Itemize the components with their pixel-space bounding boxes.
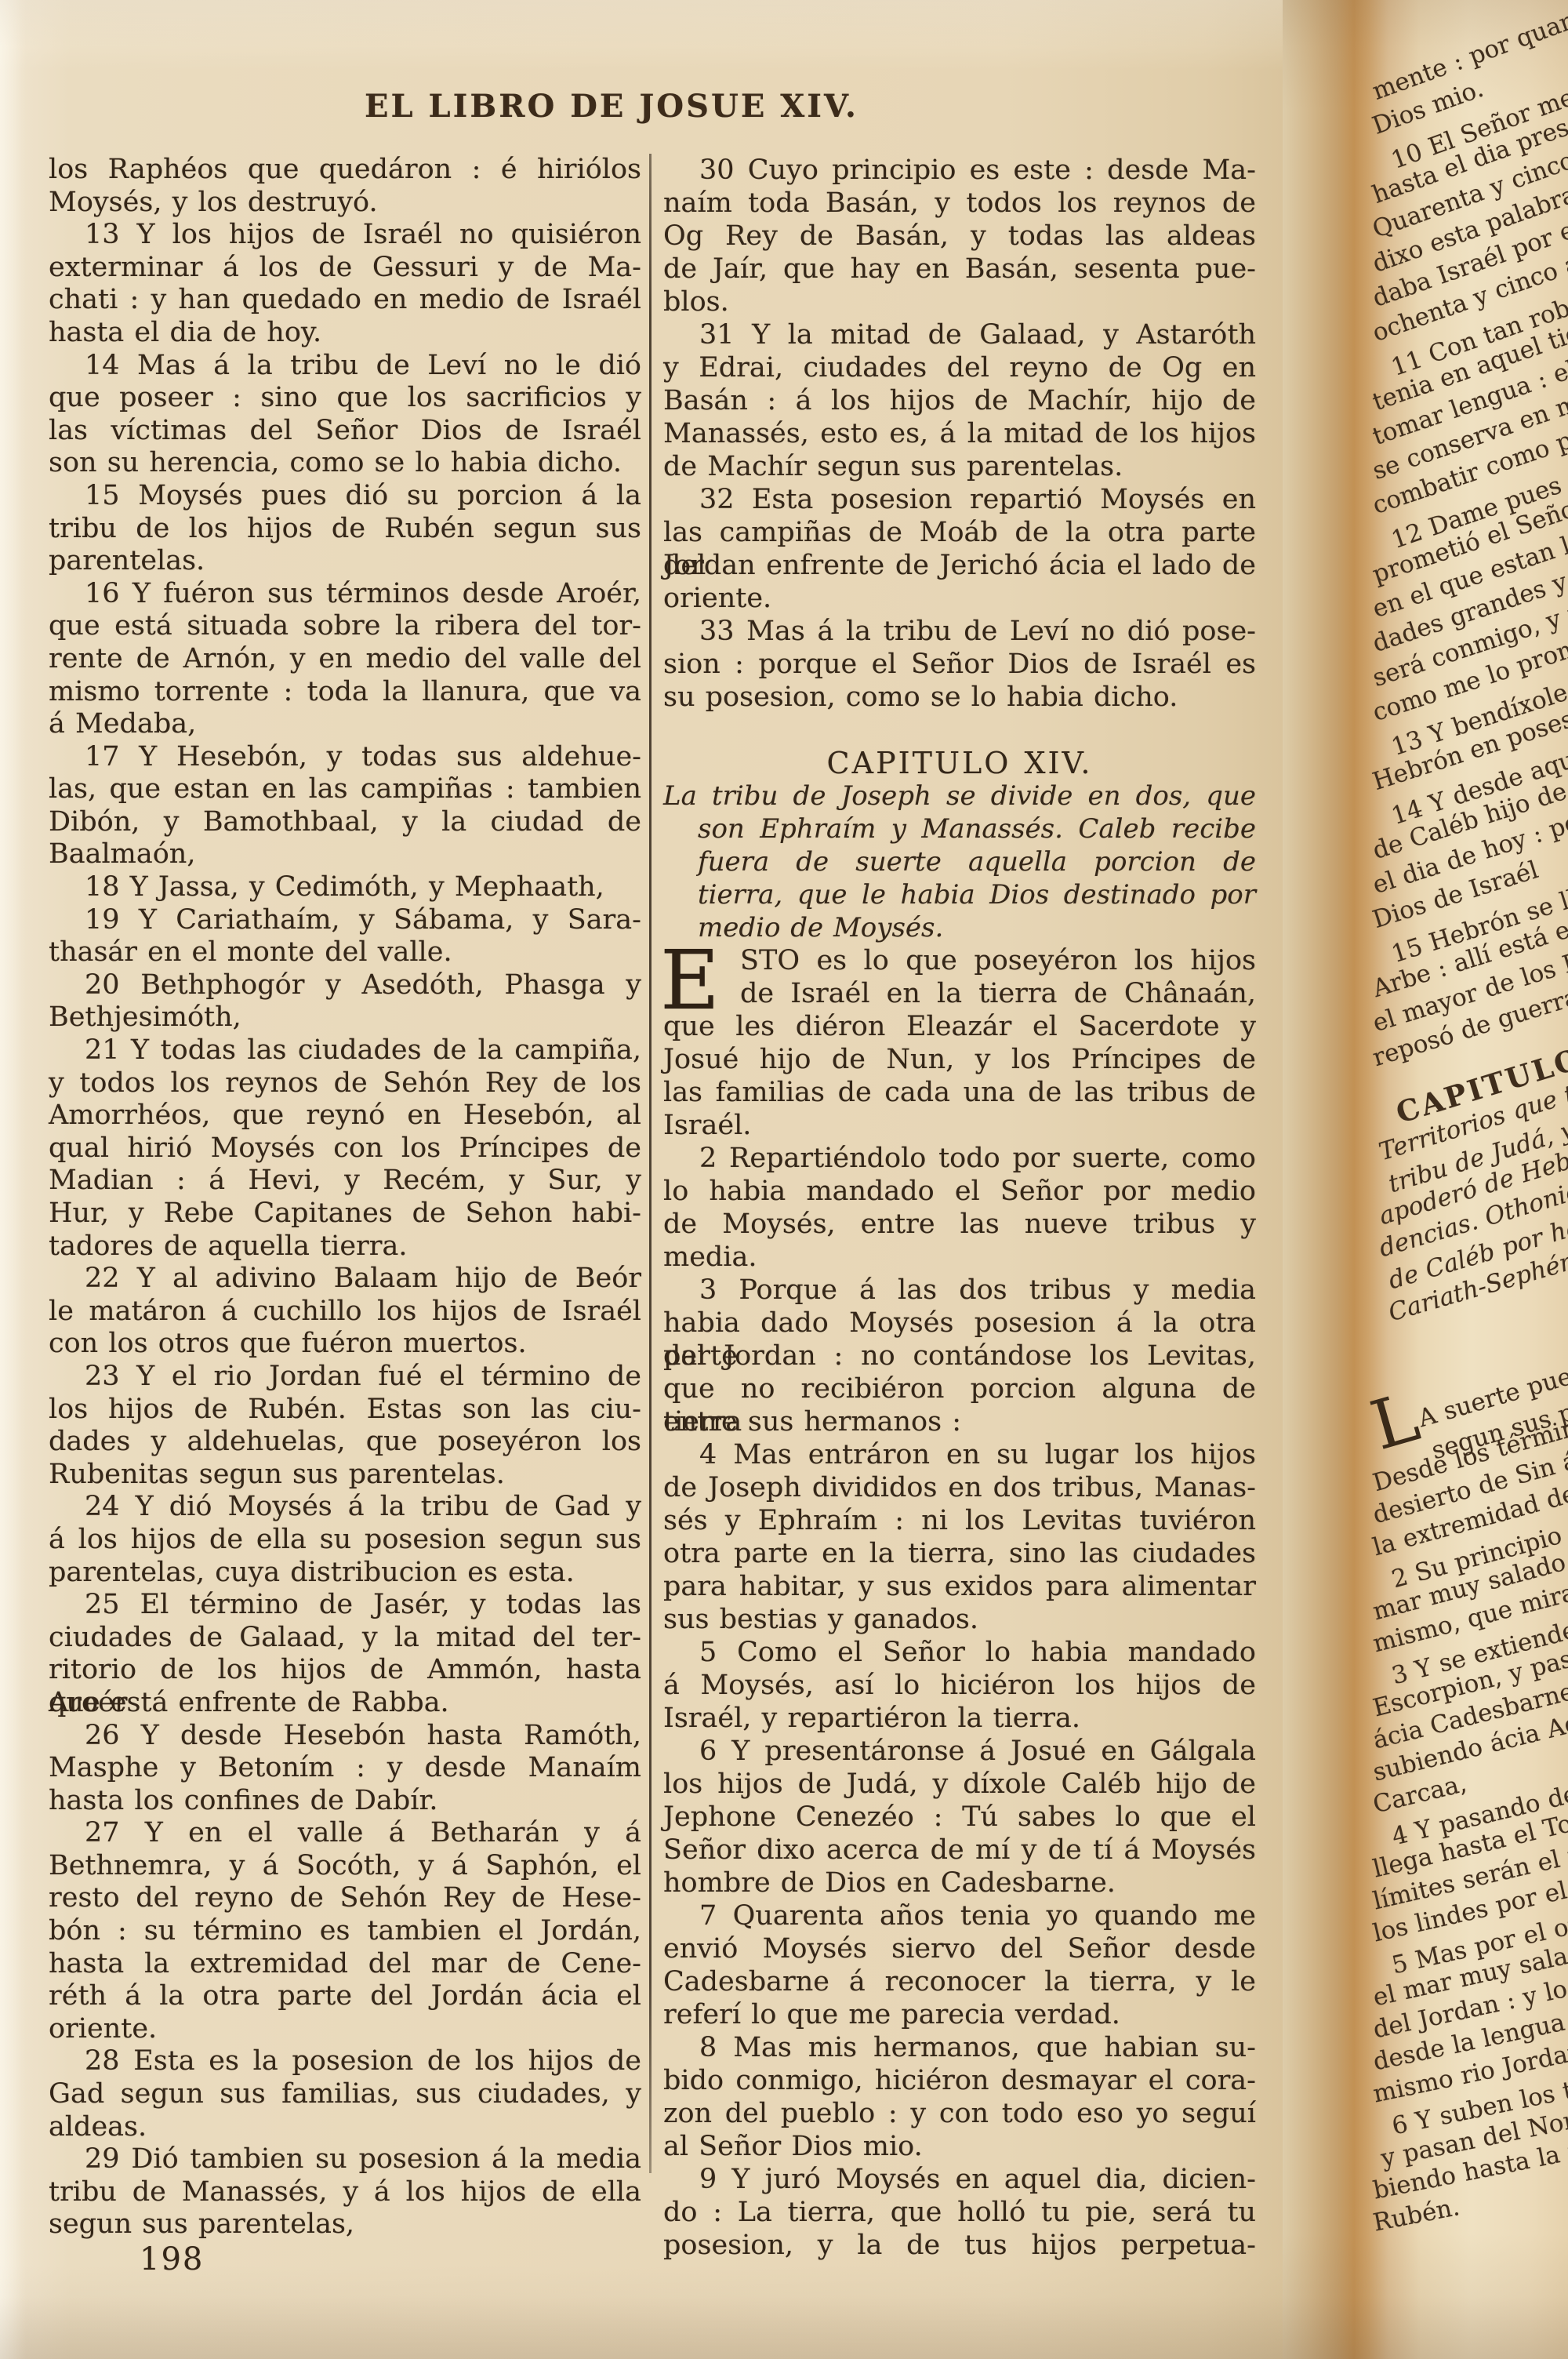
text-line: á Moysés, así lo hiciéron los hijos de — [663, 1669, 1256, 1702]
text-line: las campiñas de Moáb de la otra parte de… — [663, 516, 1256, 549]
text-line: thasár en el monte del valle. — [49, 936, 641, 969]
drop-cap-e: E — [660, 946, 720, 1015]
text-line: 3 Porque á las dos tribus y media — [663, 1274, 1256, 1307]
text-line: hasta los confines de Dabír. — [49, 1785, 641, 1818]
text-line: y Edrai, ciudades del reyno de Og en — [663, 351, 1256, 384]
text-line: 6 Y presentáronse á Josué en Gálgala — [663, 1735, 1256, 1768]
text-line: de Joseph divididos en dos tribus, Manas… — [663, 1471, 1256, 1504]
chapter-summary: La tribu de Joseph se divide en dos, que… — [663, 780, 1256, 944]
text-line: Señor dixo acerca de mí y de tí á Moysés — [663, 1834, 1256, 1866]
text-line: Rubenitas segun sus parentelas. — [49, 1459, 641, 1492]
text-line: del Jordan : no contándose los Levitas, — [663, 1339, 1256, 1372]
text-line: 16 Y fuéron sus términos desde Aroér, — [49, 578, 641, 611]
text-line: 24 Y dió Moysés á la tribu de Gad y — [49, 1491, 641, 1524]
text-line: 27 Y en el valle á Betharán y á — [49, 1817, 641, 1850]
text-line: de Moysés, entre las nueve tribus y — [663, 1208, 1256, 1241]
text-line: hombre de Dios en Cadesbarne. — [663, 1866, 1256, 1899]
text-line: Jordan enfrente de Jerichó ácia el lado … — [663, 549, 1256, 582]
text-line: para habitar, y sus exidos para alimenta… — [663, 1570, 1256, 1603]
text-line: 26 Y desde Hesebón hasta Ramóth, — [49, 1720, 641, 1753]
text-line: rente de Arnón, y en medio del valle del — [49, 643, 641, 676]
text-line: y todos los reynos de Sehón Rey de los — [49, 1067, 641, 1100]
text-line: las, que estan en las campiñas : tambien — [49, 773, 641, 806]
text-line: con los otros que fuéron muertos. — [49, 1328, 641, 1361]
text-line: Dibón, y Bamothbaal, y la ciudad de — [49, 806, 641, 839]
text-line: Gad segun sus familias, sus ciudades, y — [49, 2078, 641, 2111]
left-column: los Raphéos que quedáron : é hiriólosMoy… — [49, 154, 641, 2241]
text-line: media. — [663, 1241, 1256, 1274]
column-divider — [649, 154, 652, 2173]
text-line: 28 Esta es la posesion de los hijos de — [49, 2045, 641, 2078]
text-line: las víctimas del Señor Dios de Israél — [49, 415, 641, 448]
text-line: 22 Y al adivino Balaam hijo de Beór — [49, 1263, 641, 1296]
text-line: dades y aldehuelas, que poseyéron los — [49, 1426, 641, 1459]
text-line: 23 Y el rio Jordan fué el término de — [49, 1361, 641, 1394]
text-line: aldeas. — [49, 2111, 641, 2144]
text-line: 18 Y Jassa, y Cedimóth, y Mephaath, — [49, 871, 641, 904]
chapter-heading: CAPITULO XIV. — [663, 747, 1256, 780]
text-line: 14 Mas á la tribu de Leví no le dió — [49, 350, 641, 383]
text-line: Moysés, y los destruyó. — [49, 187, 641, 220]
text-line: sus bestias y ganados. — [663, 1603, 1256, 1636]
text-line: 4 Mas entráron en su lugar los hijos — [663, 1438, 1256, 1471]
text-line: tribu de los hijos de Rubén segun sus — [49, 513, 641, 546]
text-line: do : La tierra, que holló tu pie, será t… — [663, 2196, 1256, 2229]
text-line: tierra, que le habia Dios destinado por — [663, 878, 1256, 911]
text-line: son su herencia, como se lo habia dicho. — [49, 447, 641, 480]
text-line: 2 Repartiéndolo todo por suerte, como — [663, 1142, 1256, 1175]
text-line: 32 Esta posesion repartió Moysés en — [663, 483, 1256, 516]
text-line: 19 Y Cariathaím, y Sábama, y Sara- — [49, 904, 641, 937]
text-line: bido conmigo, hiciéron desmayar el cora- — [663, 2064, 1256, 2097]
text-line: Israél. — [663, 1109, 1256, 1142]
text-line: Israél, y repartiéron la tierra. — [663, 1702, 1256, 1735]
text-line: 31 Y la mitad de Galaad, y Astaróth — [663, 318, 1256, 351]
text-line: parentelas. — [49, 545, 641, 578]
text-line: hasta el dia de hoy. — [49, 317, 641, 350]
text-line: 20 Bethphogór y Asedóth, Phasga y — [49, 969, 641, 1002]
text-line: á Medaba, — [49, 708, 641, 741]
text-line: bón : su término es tambien el Jordán, — [49, 1915, 641, 1948]
text-line: Bethnemra, y á Socóth, y á Saphón, el — [49, 1850, 641, 1883]
text-line: oriente. — [49, 2013, 641, 2046]
text-line: Bethjesimóth, — [49, 1001, 641, 1034]
text-line: 5 Como el Señor lo habia mandado — [663, 1636, 1256, 1669]
text-line: los Raphéos que quedáron : é hiriólos — [49, 154, 641, 187]
text-line: que está situada sobre la ribera del tor… — [49, 610, 641, 643]
text-line: de Jaír, que hay en Basán, sesenta pue- — [663, 253, 1256, 285]
text-line: blos. — [663, 285, 1256, 318]
text-line: ritorio de los hijos de Ammón, hasta Aro… — [49, 1654, 641, 1687]
text-line: 9 Y juró Moysés en aquel dia, dicien- — [663, 2163, 1256, 2196]
text-line: entre sus hermanos : — [663, 1405, 1256, 1438]
page-number: 198 — [140, 2241, 204, 2277]
text-line: habia dado Moysés posesion á la otra par… — [663, 1307, 1256, 1339]
text-line: sés y Ephraím : ni los Levitas tuviéron — [663, 1504, 1256, 1537]
text-line: naím toda Basán, y todos los reynos de — [663, 187, 1256, 220]
text-line: medio de Moysés. — [663, 911, 1256, 944]
text-line: 7 Quarenta años tenia yo quando me — [663, 1899, 1256, 1932]
text-line: STO es lo que poseyéron los hijos — [740, 944, 1256, 977]
text-line: que no recibiéron porcion alguna de tier… — [663, 1372, 1256, 1405]
text-line: zon del pueblo : y con todo eso yo seguí — [663, 2097, 1256, 2130]
text-line: Masphe y Betoním : y desde Manaím — [49, 1752, 641, 1785]
text-line: 21 Y todas las ciudades de la campiña, — [49, 1034, 641, 1067]
text-line: 29 Dió tambien su posesion á la media — [49, 2143, 641, 2176]
text-line: tribu de Manassés, y á los hijos de ella — [49, 2176, 641, 2209]
text-line: mismo torrente : toda la llanura, que va — [49, 676, 641, 709]
text-line: qual hirió Moysés con los Príncipes de — [49, 1132, 641, 1165]
text-line: al Señor Dios mio. — [663, 2130, 1256, 2163]
text-line: Hur, y Rebe Capitanes de Sehon habi- — [49, 1198, 641, 1230]
text-line: los hijos de Rubén. Estas son las ciu- — [49, 1394, 641, 1427]
text-line: las familias de cada una de las tribus d… — [663, 1076, 1256, 1109]
text-line: son Ephraím y Manassés. Caleb recibe — [663, 812, 1256, 845]
text-line: hasta la extremidad del mar de Cene- — [49, 1948, 641, 1981]
text-line: parentelas, cuya distribucion es esta. — [49, 1557, 641, 1590]
text-line: Amorrhéos, que reynó en Hesebón, al — [49, 1100, 641, 1132]
text-line: chati : y han quedado en medio de Israél — [49, 284, 641, 317]
text-line: 13 Y los hijos de Israél no quisiéron — [49, 219, 641, 252]
text-line: Og Rey de Basán, y todas las aldeas — [663, 220, 1256, 253]
drop-cap-l: L — [1366, 1390, 1424, 1455]
text-line: le matáron á cuchillo los hijos de Israé… — [49, 1296, 641, 1329]
text-line: Jephone Cenezéo : Tú sabes lo que el — [663, 1801, 1256, 1834]
text-line: su posesion, como se lo habia dicho. — [663, 681, 1256, 714]
left-page: EL LIBRO DE JOSUE XIV. los Raphéos que q… — [0, 0, 1283, 2359]
text-line: Cadesbarne á reconocer la tierra, y le — [663, 1965, 1256, 1998]
text-line: Josué hijo de Nun, y los Príncipes de — [663, 1043, 1256, 1076]
text-line: oriente. — [663, 582, 1256, 615]
text-line: los hijos de Judá, y díxole Caléb hijo d… — [663, 1768, 1256, 1801]
text-line: tadores de aquella tierra. — [49, 1230, 641, 1263]
text-line: de Israél en la tierra de Chânaán, — [740, 977, 1256, 1010]
text-line: lo habia mandado el Señor por medio — [663, 1175, 1256, 1208]
text-line: referí lo que me parecia verdad. — [663, 1998, 1256, 2031]
text-line: posesion, y la de tus hijos perpetua- — [663, 2229, 1256, 2262]
text-line: de Machír segun sus parentelas. — [663, 450, 1256, 483]
text-line: envió Moysés siervo del Señor desde — [663, 1932, 1256, 1965]
text-line: que poseer : sino que los sacrificios y — [49, 382, 641, 415]
text-line: La tribu de Joseph se divide en dos, que — [663, 780, 1256, 812]
adjacent-page-text: mente : por quanto has seDios mio.10 El … — [1374, 0, 1568, 2359]
text-line: Basán : á los hijos de Machír, hijo de — [663, 384, 1256, 417]
right-column: 30 Cuyo principio es este : desde Ma-naí… — [663, 154, 1256, 2262]
text-line: Madian : á Hevi, y Recém, y Sur, y — [49, 1165, 641, 1198]
text-line: que está enfrente de Rabba. — [49, 1687, 641, 1720]
text-line: 33 Mas á la tribu de Leví no dió pose- — [663, 615, 1256, 648]
text-line: ciudades de Galaad, y la mitad del ter- — [49, 1622, 641, 1655]
text-line: Manassés, esto es, á la mitad de los hij… — [663, 417, 1256, 450]
text-line: que les diéron Eleazár el Sacerdote y — [663, 1010, 1256, 1043]
text-line: otra parte en la tierra, sino las ciudad… — [663, 1537, 1256, 1570]
text-line: Baalmaón, — [49, 838, 641, 871]
text-line: 8 Mas mis hermanos, que habian su- — [663, 2031, 1256, 2064]
text-line: fuera de suerte aquella porcion de — [663, 845, 1256, 878]
text-line: exterminar á los de Gessuri y de Ma- — [49, 252, 641, 285]
text-line: resto del reyno de Sehón Rey de Hese- — [49, 1882, 641, 1915]
text-line: 30 Cuyo principio es este : desde Ma- — [663, 154, 1256, 187]
book-photo: EL LIBRO DE JOSUE XIV. los Raphéos que q… — [0, 0, 1568, 2359]
text-line: á los hijos de ella su posesion segun su… — [49, 1524, 641, 1557]
text-line: réth á la otra parte del Jordán ácia el — [49, 1980, 641, 2013]
running-head: EL LIBRO DE JOSUE XIV. — [0, 88, 1223, 125]
text-line: 15 Moysés pues dió su porcion á la — [49, 480, 641, 513]
text-line: segun sus parentelas, — [49, 2208, 641, 2241]
text-line: sion : porque el Señor Dios de Israél es — [663, 648, 1256, 681]
text-line: 17 Y Hesebón, y todas sus aldehue- — [49, 741, 641, 774]
text-line: 25 El término de Jasér, y todas las — [49, 1589, 641, 1622]
